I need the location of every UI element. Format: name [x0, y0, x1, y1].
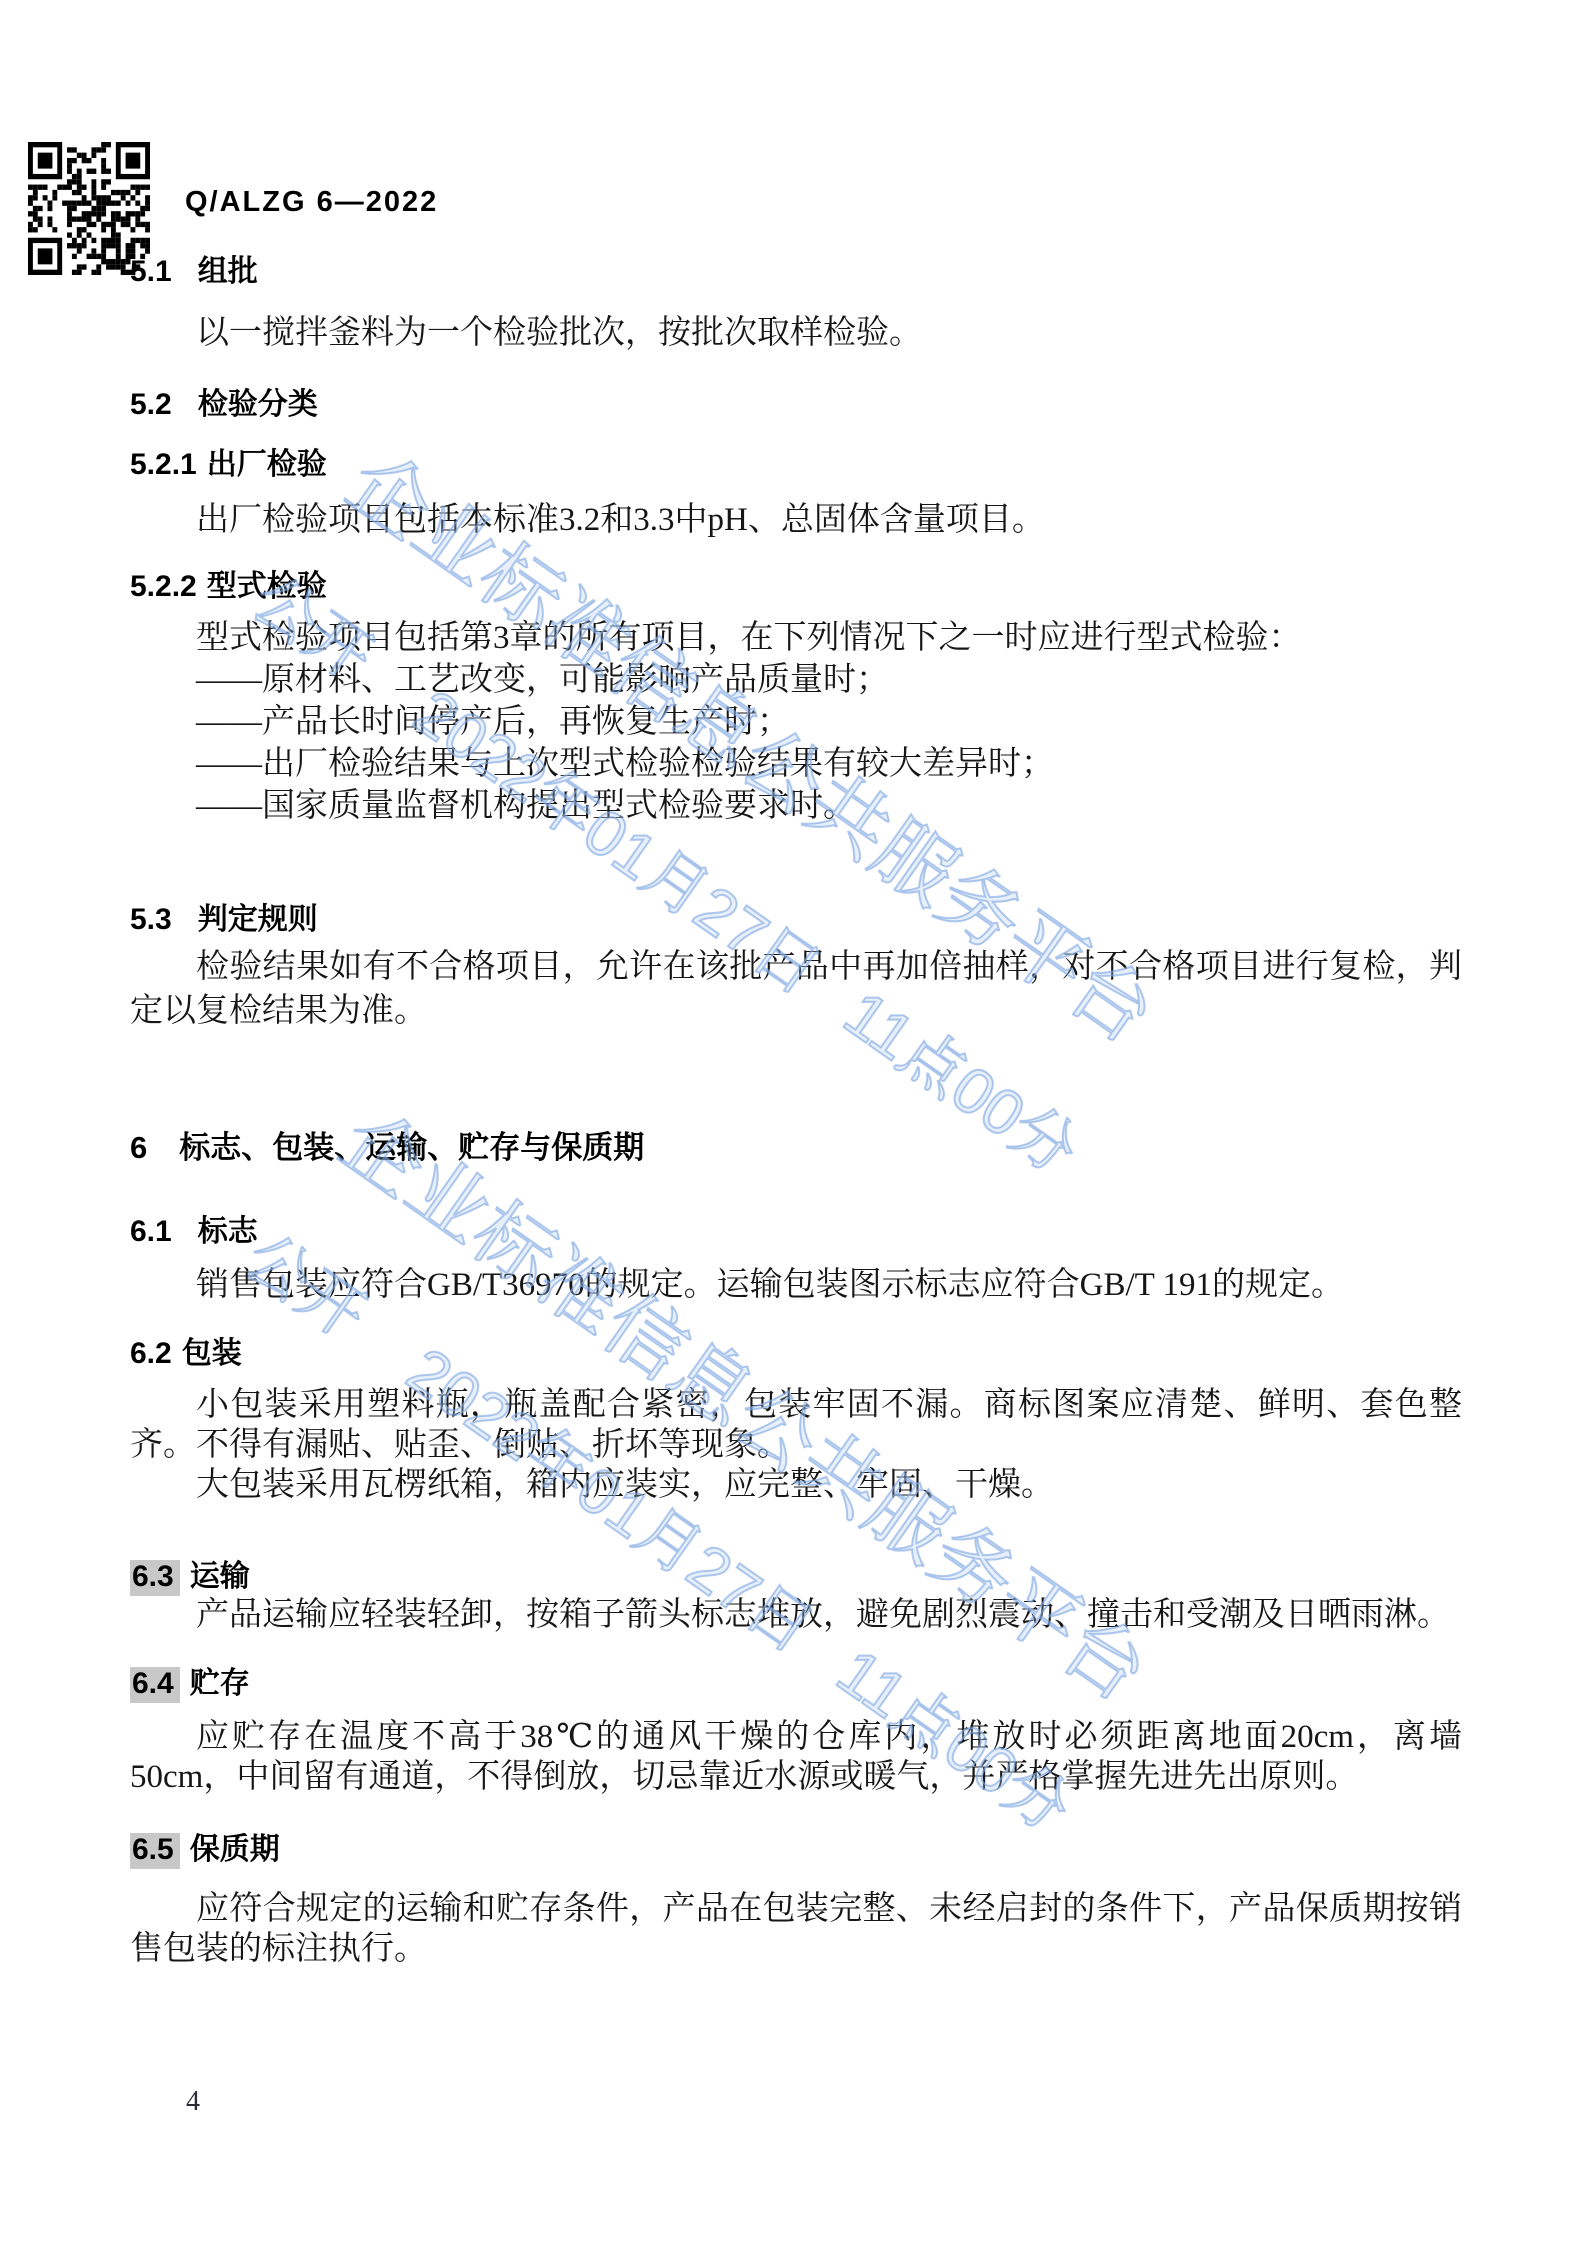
- section-number: 6.4: [130, 1667, 180, 1703]
- paragraph-text: 小包装采用塑料瓶，瓶盖配合紧密，包装牢固不漏。商标图案应清楚、鲜明、套色整齐。不…: [130, 1385, 1462, 1465]
- paragraph-text: 应符合规定的运输和贮存条件，产品在包装完整、未经启封的条件下，产品保质期按销售包…: [130, 1889, 1462, 1969]
- paragraph-text: 大包装采用瓦楞纸箱，箱内应装实，应完整、牢固、干燥。: [130, 1465, 1462, 1505]
- list-item: ——出厂检验结果与上次型式检验检验结果有较大差异时；: [130, 743, 1462, 785]
- section-heading-5-1: 5.1组批: [130, 246, 258, 290]
- paragraph-5-2-2: 型式检验项目包括第3章的所有项目，在下列情况下之一时应进行型式检验： ——原材料…: [130, 617, 1462, 827]
- paragraph-text: 以一搅拌釜料为一个检验批次，按批次取样检验。: [130, 312, 1462, 354]
- paragraph-text: 产品运输应轻装轻卸，按箱子箭头标志堆放，避免剧烈震动、撞击和受潮及日晒雨淋。: [130, 1594, 1462, 1636]
- section-title: 运输: [190, 1560, 250, 1593]
- section-title: 包装: [182, 1337, 242, 1370]
- paragraph-6-3: 产品运输应轻装轻卸，按箱子箭头标志堆放，避免剧烈震动、撞击和受潮及日晒雨淋。: [130, 1594, 1462, 1636]
- section-title: 组批: [198, 255, 258, 288]
- page-number: 4: [186, 2086, 200, 2118]
- section-heading-5-2-2: 5.2.2型式检验: [130, 561, 327, 605]
- section-heading-5-3: 5.3判定规则: [130, 894, 318, 938]
- section-title: 贮存: [190, 1667, 250, 1700]
- section-heading-6: 6标志、包装、运输、贮存与保质期: [130, 1122, 644, 1167]
- paragraph-text: 应贮存在温度不高于38℃的通风干燥的仓库内，堆放时必须距离地面20cm，离墙50…: [130, 1717, 1462, 1797]
- paragraph-5-3: 检验结果如有不合格项目，允许在该批产品中再加倍抽样，对不合格项目进行复检，判定以…: [130, 945, 1462, 1033]
- section-title: 判定规则: [198, 903, 318, 936]
- section-heading-6-3: 6.3运输: [130, 1551, 250, 1596]
- section-number: 6: [130, 1130, 147, 1166]
- section-title: 出厂检验: [207, 448, 327, 481]
- paragraph-text: 销售包装应符合GB/T36970的规定。运输包装图示标志应符合GB/T 191的…: [130, 1264, 1462, 1306]
- section-heading-6-5: 6.5保质期: [130, 1824, 280, 1869]
- section-title: 检验分类: [198, 388, 318, 421]
- section-number: 6.5: [130, 1833, 180, 1869]
- paragraph-5-2-1: 出厂检验项目包括本标准3.2和3.3中pH、总固体含量项目。: [130, 499, 1462, 541]
- paragraph-5-1: 以一搅拌釜料为一个检验批次，按批次取样检验。: [130, 312, 1462, 354]
- paragraph-text: 出厂检验项目包括本标准3.2和3.3中pH、总固体含量项目。: [130, 499, 1462, 541]
- section-number: 5.2.1: [130, 448, 197, 482]
- paragraph-6-5: 应符合规定的运输和贮存条件，产品在包装完整、未经启封的条件下，产品保质期按销售包…: [130, 1889, 1462, 1969]
- paragraph-6-4: 应贮存在温度不高于38℃的通风干燥的仓库内，堆放时必须距离地面20cm，离墙50…: [130, 1717, 1462, 1797]
- section-heading-5-2-1: 5.2.1出厂检验: [130, 439, 327, 483]
- list-item: ——产品长时间停产后，再恢复生产时；: [130, 701, 1462, 743]
- type-test-intro: 型式检验项目包括第3章的所有项目，在下列情况下之一时应进行型式检验：: [130, 617, 1462, 659]
- section-number: 6.3: [130, 1560, 180, 1596]
- section-title: 标志: [198, 1215, 258, 1248]
- section-number: 5.1: [130, 255, 172, 289]
- section-title: 型式检验: [207, 570, 327, 603]
- section-number: 5.3: [130, 903, 172, 937]
- document-page: Q/ALZG 6—2022 企业标准信息公共服务平台 公开2022年01月27日…: [0, 0, 1588, 2245]
- doc-code: Q/ALZG 6—2022: [185, 186, 438, 219]
- section-heading-5-2: 5.2检验分类: [130, 379, 318, 423]
- paragraph-text: 检验结果如有不合格项目，允许在该批产品中再加倍抽样，对不合格项目进行复检，判定以…: [130, 945, 1462, 1033]
- section-heading-6-1: 6.1标志: [130, 1206, 258, 1250]
- list-item: ——原材料、工艺改变，可能影响产品质量时；: [130, 659, 1462, 701]
- section-heading-6-4: 6.4贮存: [130, 1658, 250, 1703]
- paragraph-6-2: 小包装采用塑料瓶，瓶盖配合紧密，包装牢固不漏。商标图案应清楚、鲜明、套色整齐。不…: [130, 1385, 1462, 1505]
- section-number: 6.2: [130, 1337, 172, 1371]
- paragraph-6-1: 销售包装应符合GB/T36970的规定。运输包装图示标志应符合GB/T 191的…: [130, 1264, 1462, 1306]
- list-item: ——国家质量监督机构提出型式检验要求时。: [130, 785, 1462, 827]
- section-title: 标志、包装、运输、贮存与保质期: [179, 1130, 644, 1165]
- section-heading-6-2: 6.2包装: [130, 1328, 242, 1372]
- section-number: 5.2.2: [130, 570, 197, 604]
- section-number: 5.2: [130, 388, 172, 422]
- section-title: 保质期: [190, 1833, 280, 1866]
- section-number: 6.1: [130, 1215, 172, 1249]
